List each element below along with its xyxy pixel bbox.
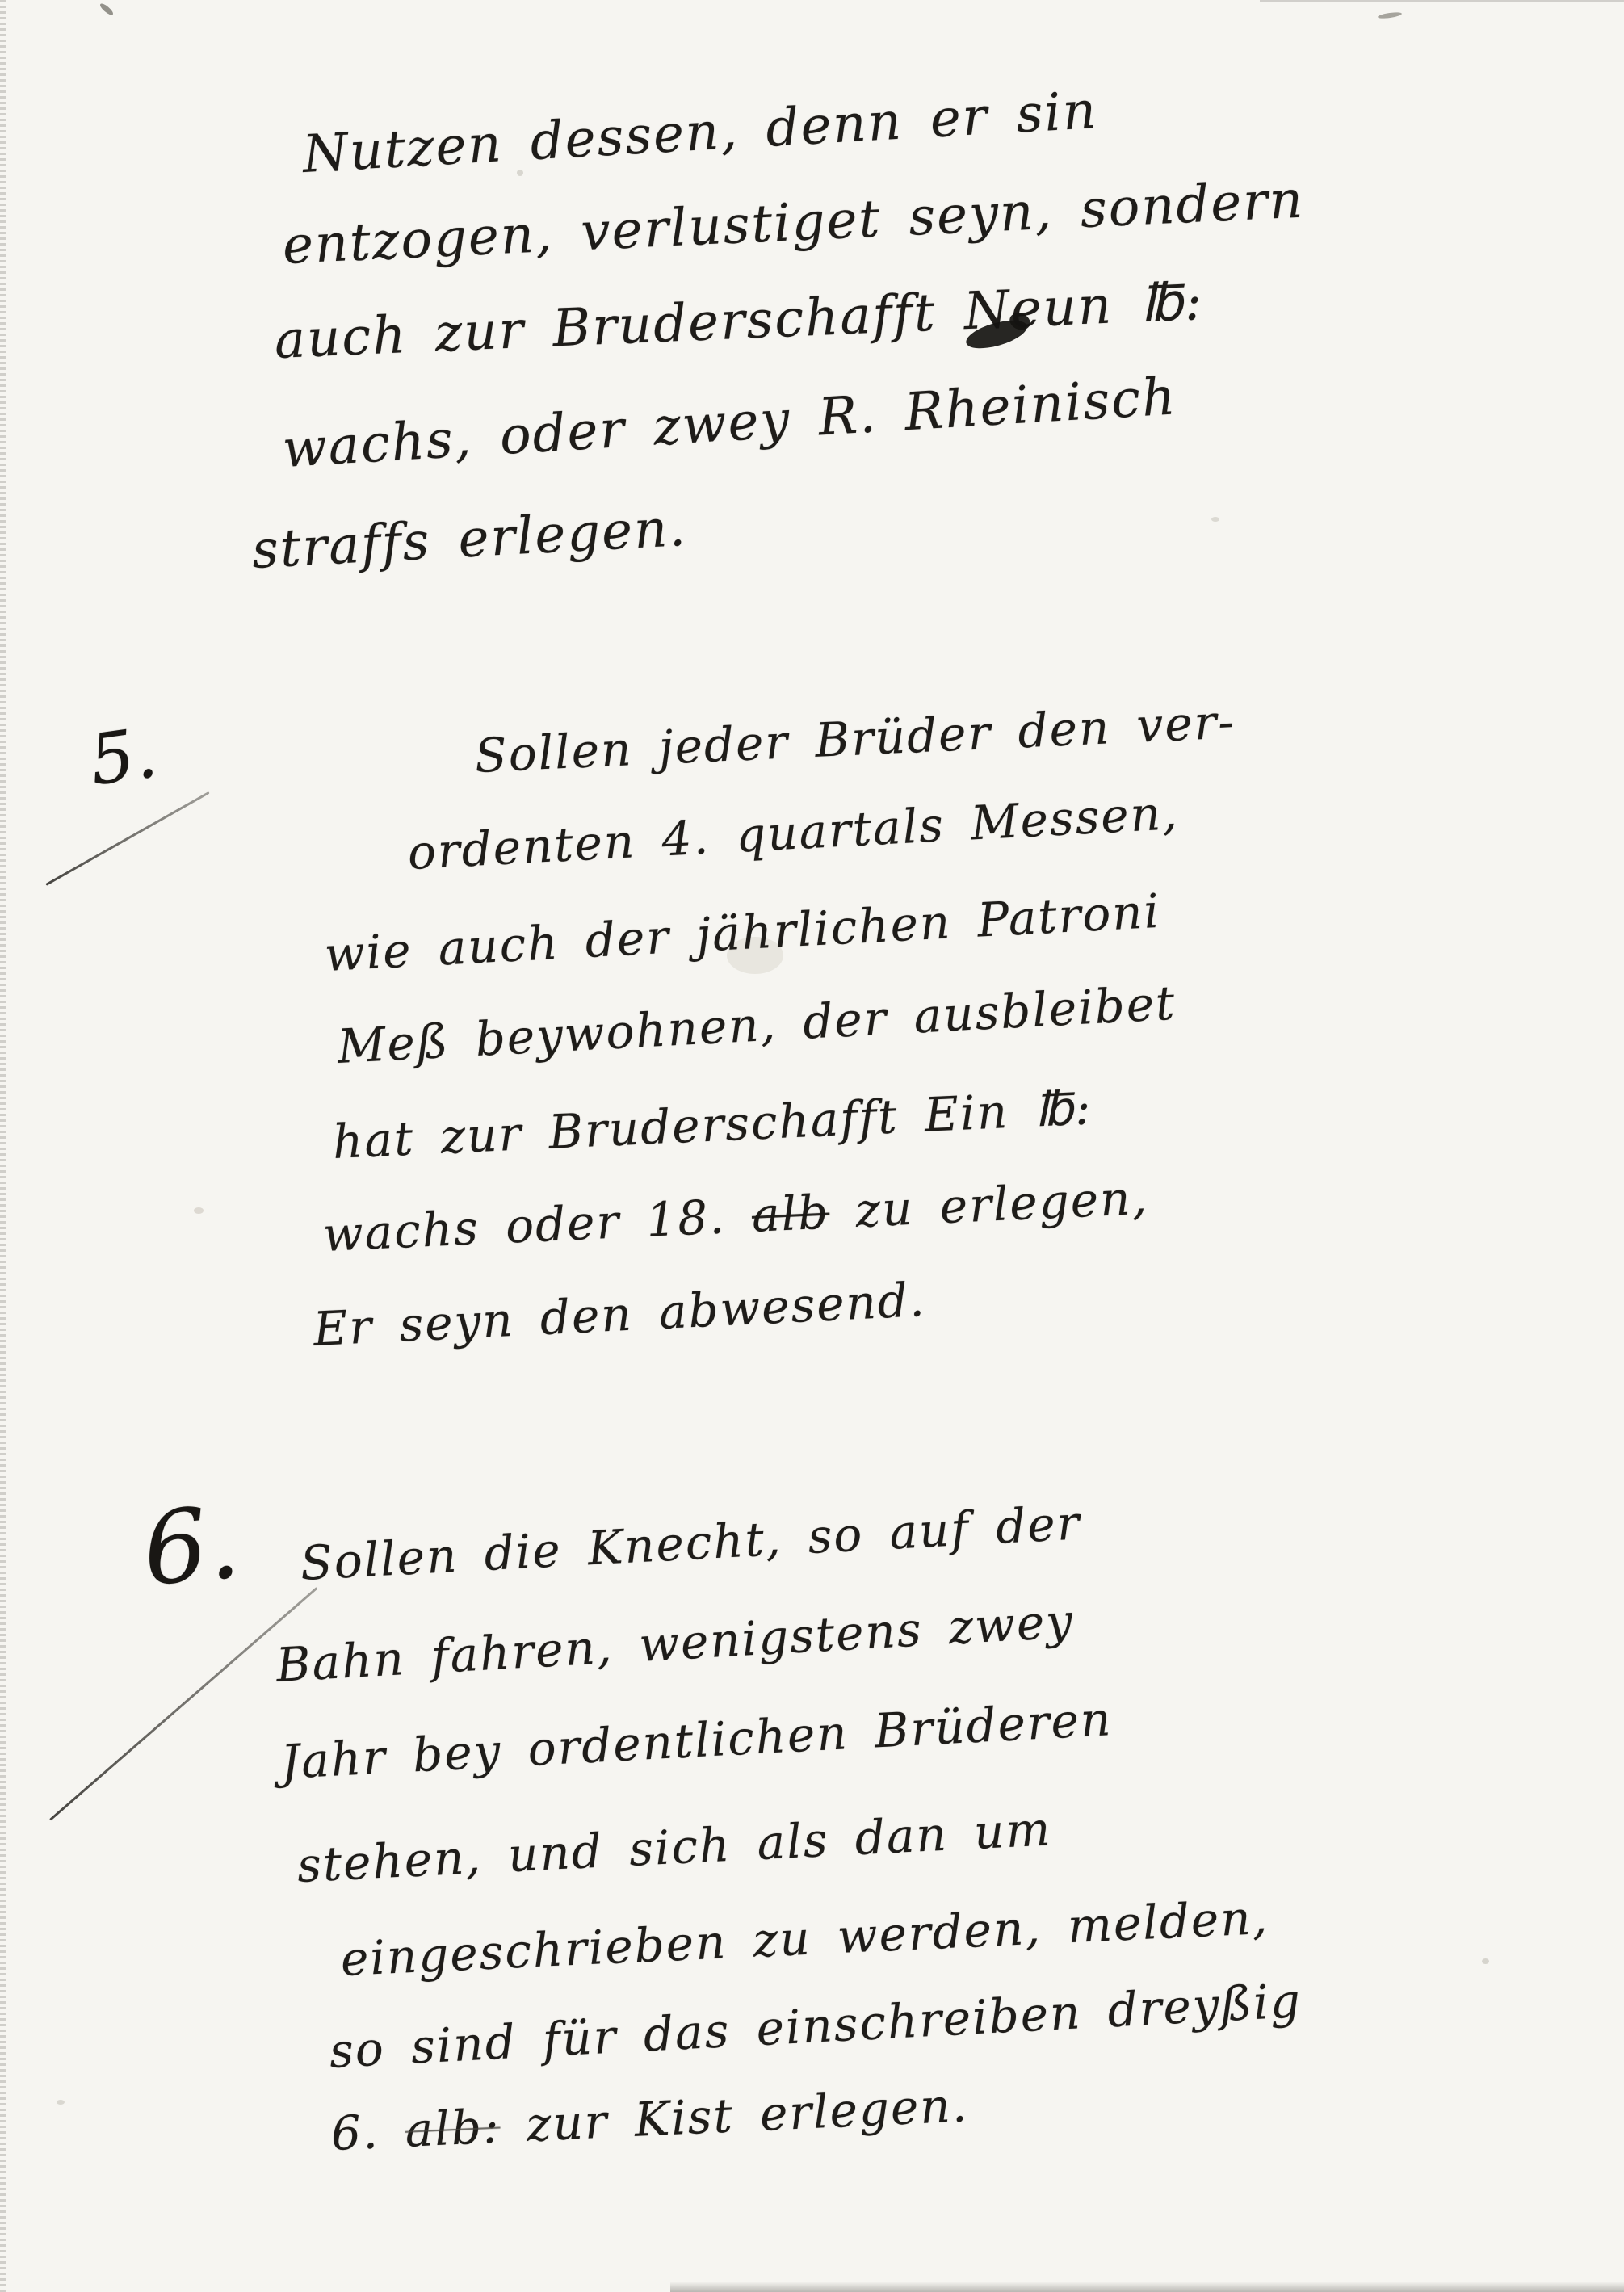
section-6-number: 6.: [139, 1484, 244, 1609]
line-text: wachs oder 18.: [321, 1188, 753, 1262]
manuscript-line: so sind für das einschreiben dreyßig: [328, 1973, 1303, 2079]
manuscript-line: Sollen jeder Brüder den ver-: [473, 694, 1236, 783]
manuscript-line: hat zur Bruderschafft Ein ℔:: [331, 1080, 1093, 1169]
paper-speck: [1378, 11, 1403, 19]
manuscript-line: Jahr bey ordentlichen Brüderen: [279, 1691, 1114, 1790]
manuscript-line: wachs oder 18. alb zu erlegen,: [321, 1170, 1149, 1262]
line-text: zu erlegen,: [829, 1170, 1150, 1240]
paper-speck: [1482, 1958, 1489, 1964]
pen-flourish-line: [49, 1587, 318, 1821]
struck-word: alb: [750, 1185, 830, 1243]
manuscript-line: entzogen, verlustiget seyn, sondern: [281, 170, 1305, 276]
manuscript-line: stehen, und sich als dan um: [296, 1801, 1053, 1893]
scan-edge-left: [0, 0, 6, 2292]
manuscript-line: Nutzen dessen, denn er sin: [301, 81, 1099, 185]
struck-word: alb:: [404, 2099, 501, 2158]
scan-edge-top: [1260, 0, 1624, 2]
line-text: zur Kist erlegen.: [499, 2077, 970, 2153]
manuscript-line: eingeschrieben zu werden, melden,: [339, 1890, 1269, 1987]
manuscript-line: 6. alb: zur Kist erlegen.: [329, 2077, 969, 2161]
paper-speck: [194, 1207, 204, 1214]
pen-flourish-line: [45, 791, 209, 886]
manuscript-line: ordenten 4. quartals Messen,: [406, 785, 1180, 880]
section-5-number: 5.: [85, 712, 162, 801]
paper-speck: [99, 2, 115, 16]
manuscript-line: wachs, oder zwey R. Rheinisch: [281, 367, 1178, 480]
manuscript-line: Bahn fahren, wenigstens zwey: [275, 1593, 1076, 1693]
manuscript-line: auch zur Bruderschafft Neun ℔:: [273, 272, 1204, 371]
line-text: 6.: [329, 2103, 406, 2161]
manuscript-line: Sollen die Knecht, so auf der: [299, 1495, 1082, 1591]
paper-speck: [57, 2100, 65, 2105]
manuscript-line: straffs erlegen.: [250, 498, 688, 581]
manuscript-line: Er seyn den abwesend.: [312, 1272, 926, 1357]
scan-shadow-bottom: [670, 2282, 1624, 2292]
manuscript-page: Nutzen dessen, denn er sin entzogen, ver…: [0, 0, 1624, 2292]
paper-speck: [1211, 517, 1219, 522]
manuscript-line: Meß beywohnen, der ausbleibet: [336, 976, 1177, 1074]
